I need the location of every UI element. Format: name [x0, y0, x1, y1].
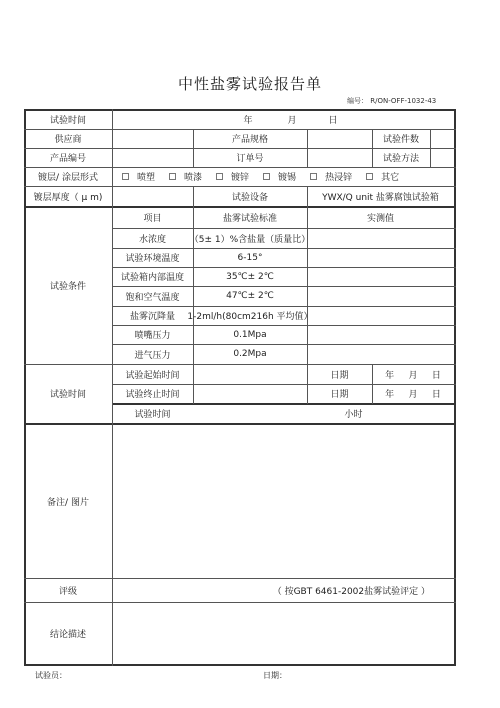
test-method-field[interactable] — [430, 148, 454, 167]
rating-standard-note: （ 按GBT 6461-2002盐雾试验评定 ） — [273, 584, 430, 597]
condition-measured-field[interactable] — [307, 228, 454, 248]
test-time-day: 日 — [323, 110, 343, 129]
report-code-label: 编号： — [347, 97, 368, 105]
report-code-value: R/ON-OFF-1032-43 — [370, 97, 436, 105]
condition-measured-field[interactable] — [307, 306, 454, 325]
conditions-header-measured: 实测值 — [307, 207, 454, 228]
checkbox-icon[interactable] — [366, 173, 373, 180]
condition-name: 试验环境温度 — [112, 248, 193, 267]
supplier-field[interactable] — [112, 129, 193, 148]
supplier-label: 供应商 — [24, 129, 112, 148]
remarks-label: 备注/ 图片 — [24, 424, 112, 578]
condition-standard: （5± 1）%含盐量（质量比） — [170, 228, 330, 248]
duration-label: 试验时间 — [112, 404, 193, 423]
test-method-label: 试验方法 — [372, 148, 430, 167]
condition-measured-field[interactable] — [307, 286, 454, 306]
checkbox-icon[interactable] — [263, 173, 270, 180]
coating-option-hot-dip-zinc[interactable]: 热浸锌 — [310, 170, 352, 183]
condition-standard: 0.1Mpa — [193, 325, 307, 344]
condition-name: 进气压力 — [112, 344, 193, 364]
coating-option-spray-plastic[interactable]: 喷塑 — [122, 170, 155, 183]
report-title: 中性盐雾试验报告单 — [0, 73, 500, 94]
product-no-field[interactable] — [112, 148, 193, 167]
report-code: 编号： R/ON-OFF-1032-43 — [347, 96, 436, 106]
condition-measured-field[interactable] — [307, 325, 454, 344]
coating-option-other[interactable]: 其它 — [366, 170, 399, 183]
test-count-field[interactable] — [430, 129, 454, 148]
condition-standard: 6-15° — [193, 248, 307, 267]
conditions-header-item: 项目 — [112, 207, 193, 228]
order-no-label: 订单号 — [193, 148, 307, 167]
product-no-label: 产品编号 — [24, 148, 112, 167]
condition-name: 饱和空气温度 — [112, 286, 193, 306]
hours-label: 小时 — [344, 407, 362, 420]
test-time-label: 试验时间 — [24, 110, 112, 129]
remarks-field[interactable] — [112, 424, 454, 578]
rating-label: 评级 — [24, 578, 112, 602]
product-spec-label: 产品规格 — [193, 129, 307, 148]
checkbox-icon[interactable] — [216, 173, 223, 180]
conditions-header-standard: 盐雾试验标准 — [193, 207, 307, 228]
condition-standard: 47℃± 2℃ — [193, 286, 307, 306]
order-no-field[interactable] — [307, 148, 372, 167]
thickness-label: 镀层厚度（ μ m) — [24, 186, 112, 206]
end-date-field[interactable]: 年月日 — [372, 384, 454, 403]
end-date-label: 日期 — [307, 384, 372, 403]
tester-label: 试验员： — [35, 670, 67, 681]
checkbox-icon[interactable] — [169, 173, 176, 180]
equipment-label: 试验设备 — [193, 186, 307, 206]
coating-label: 镀层/ 涂层形式 — [24, 167, 112, 186]
checkbox-icon[interactable] — [122, 173, 129, 180]
checkbox-icon[interactable] — [310, 173, 317, 180]
coating-options: 喷塑 喷漆 镀锌 镀锡 热浸锌 其它 — [122, 167, 454, 186]
condition-standard: 0.2Mpa — [193, 344, 307, 364]
condition-standard: 1-2ml/h(80cm216h 平均值） — [170, 306, 330, 325]
start-date-field[interactable]: 年月日 — [372, 364, 454, 384]
end-time-field[interactable] — [193, 384, 307, 403]
equipment-value: YWX/Q unit 盐雾腐蚀试验箱 — [307, 186, 454, 206]
rating-field[interactable]: （ 按GBT 6461-2002盐雾试验评定 ） — [112, 578, 454, 602]
condition-measured-field[interactable] — [307, 248, 454, 267]
condition-name: 试验箱内部温度 — [112, 267, 193, 286]
test-time-month: 月 — [282, 110, 302, 129]
start-time-label: 试验起始时间 — [112, 364, 193, 384]
duration-field[interactable]: 小时 — [193, 404, 454, 423]
condition-name: 喷嘴压力 — [112, 325, 193, 344]
footer-date-label: 日期： — [263, 670, 287, 681]
condition-standard: 35℃± 2℃ — [193, 267, 307, 286]
start-date-label: 日期 — [307, 364, 372, 384]
test-count-label: 试验件数 — [372, 129, 430, 148]
test-period-group-label: 试验时间 — [24, 364, 112, 423]
condition-measured-field[interactable] — [307, 267, 454, 286]
test-time-year: 年 — [238, 110, 258, 129]
coating-option-zinc[interactable]: 镀锌 — [216, 170, 249, 183]
coating-option-tin[interactable]: 镀锡 — [263, 170, 296, 183]
conditions-group-label: 试验条件 — [24, 207, 112, 364]
end-time-label: 试验终止时间 — [112, 384, 193, 403]
condition-measured-field[interactable] — [307, 344, 454, 364]
product-spec-field[interactable] — [307, 129, 372, 148]
coating-option-spray-paint[interactable]: 喷漆 — [169, 170, 202, 183]
thickness-field[interactable] — [112, 186, 193, 206]
conclusion-field[interactable] — [112, 602, 454, 664]
start-time-field[interactable] — [193, 364, 307, 384]
conclusion-label: 结论描述 — [24, 602, 112, 664]
